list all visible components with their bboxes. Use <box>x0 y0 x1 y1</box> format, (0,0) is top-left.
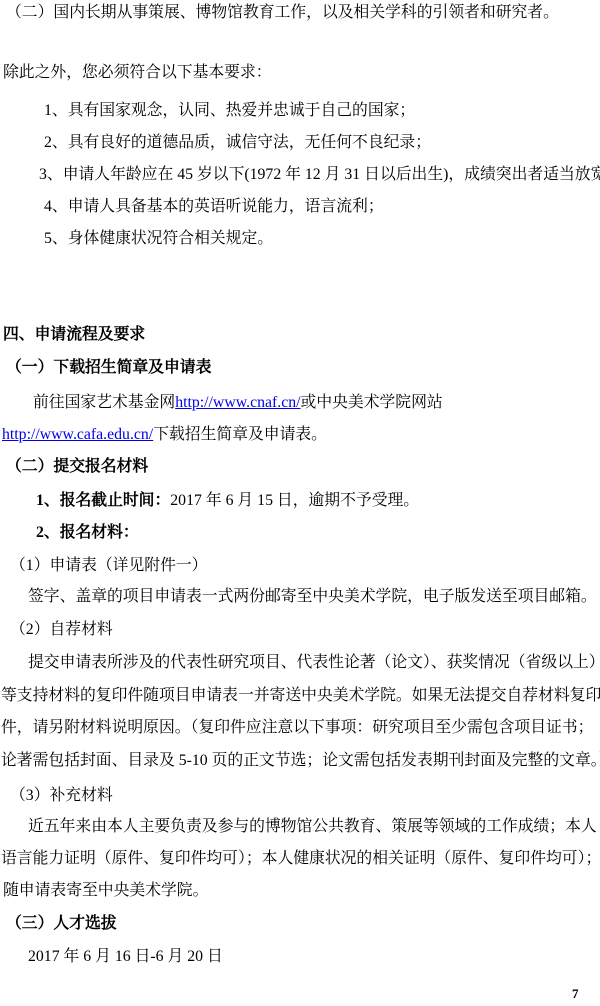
self-recommendation-line: 等支持材料的复印件随项目申请表一并寄送中央美术学院。如果无法提交自荐材料复印 <box>1 685 600 706</box>
supplementary-title: （3）补充材料 <box>10 785 113 806</box>
requirement-item: 1、具有国家观念，认同、热爱并忠诚于自己的国家； <box>44 100 415 121</box>
supplementary-line: 语言能力证明（原件、复印件均可）；本人健康状况的相关证明（原件、复印件均可）； <box>1 848 600 869</box>
basic-requirements-intro: 除此之外，您必须符合以下基本要求： <box>3 62 272 83</box>
selection-date-range: 2017 年 6 月 16 日-6 月 20 日 <box>28 946 223 967</box>
download-line1-pre: 前往国家艺术基金网 <box>33 394 175 411</box>
requirement-item: 2、具有良好的道德品质，诚信守法，无任何不良纪录； <box>44 132 431 153</box>
requirement-item: 4、申请人具备基本的英语听说能力，语言流利； <box>44 196 384 217</box>
self-recommendation-line: 论著需包括封面、目录及 5-10 页的正文节选；论文需包括发表期刊封面及完整的文… <box>1 750 600 771</box>
self-recommendation-line: 件，请另附材料说明原因。（复印件应注意以下事项：研究项目至少需包含项目证书； <box>1 717 593 738</box>
download-subheading: （一）下载招生简章及申请表 <box>6 357 211 378</box>
supplementary-line: 随申请表寄至中央美术学院。 <box>3 880 208 901</box>
download-line1: 前往国家艺术基金网http://www.cnaf.cn/或中央美术学院网站 <box>33 392 443 413</box>
application-form-line: 签字、盖章的项目申请表一式两份邮寄至中央美术学院，电子版发送至项目邮箱。 <box>28 586 597 607</box>
self-recommendation-line: 提交申请表所涉及的代表性研究项目、代表性论著（论文）、获奖情况（省级以上） <box>28 652 600 673</box>
self-recommendation-title: （2）自荐材料 <box>10 619 113 640</box>
deadline-value: 2017 年 6 月 15 日，逾期不予受理。 <box>170 492 419 509</box>
download-line1-post: 或中央美术学院网站 <box>301 394 443 411</box>
materials-label: 2、报名材料： <box>36 522 139 543</box>
application-form-title: （1）申请表（详见附件一） <box>10 555 207 576</box>
deadline-line: 1、报名截止时间：2017 年 6 月 15 日，逾期不予受理。 <box>36 490 419 511</box>
requirement-item: 5、身体健康状况符合相关规定。 <box>44 228 273 249</box>
eligibility-item2: （二）国内长期从事策展、博物馆教育工作，以及相关学科的引领者和研究者。 <box>6 2 559 23</box>
download-line2: http://www.cafa.edu.cn/下载招生简章及申请表。 <box>2 424 327 445</box>
page-number: 7 <box>572 986 579 1002</box>
selection-subheading: （三）人才选拔 <box>6 913 117 934</box>
section4-heading: 四、申请流程及要求 <box>3 324 145 345</box>
document-page: （二）国内长期从事策展、博物馆教育工作，以及相关学科的引领者和研究者。 除此之外… <box>0 0 600 1006</box>
download-line2-post: 下载招生简章及申请表。 <box>153 426 327 443</box>
supplementary-line: 近五年来由本人主要负责及参与的博物馆公共教育、策展等领域的工作成绩；本人 <box>28 816 597 837</box>
cafa-link[interactable]: http://www.cafa.edu.cn/ <box>2 426 153 443</box>
deadline-label: 1、报名截止时间： <box>36 492 170 509</box>
requirement-item: 3、申请人年龄应在 45 岁以下(1972 年 12 月 31 日以后出生)，成… <box>39 164 600 185</box>
submit-subheading: （二）提交报名材料 <box>6 456 148 477</box>
cnaf-link[interactable]: http://www.cnaf.cn/ <box>175 394 300 411</box>
